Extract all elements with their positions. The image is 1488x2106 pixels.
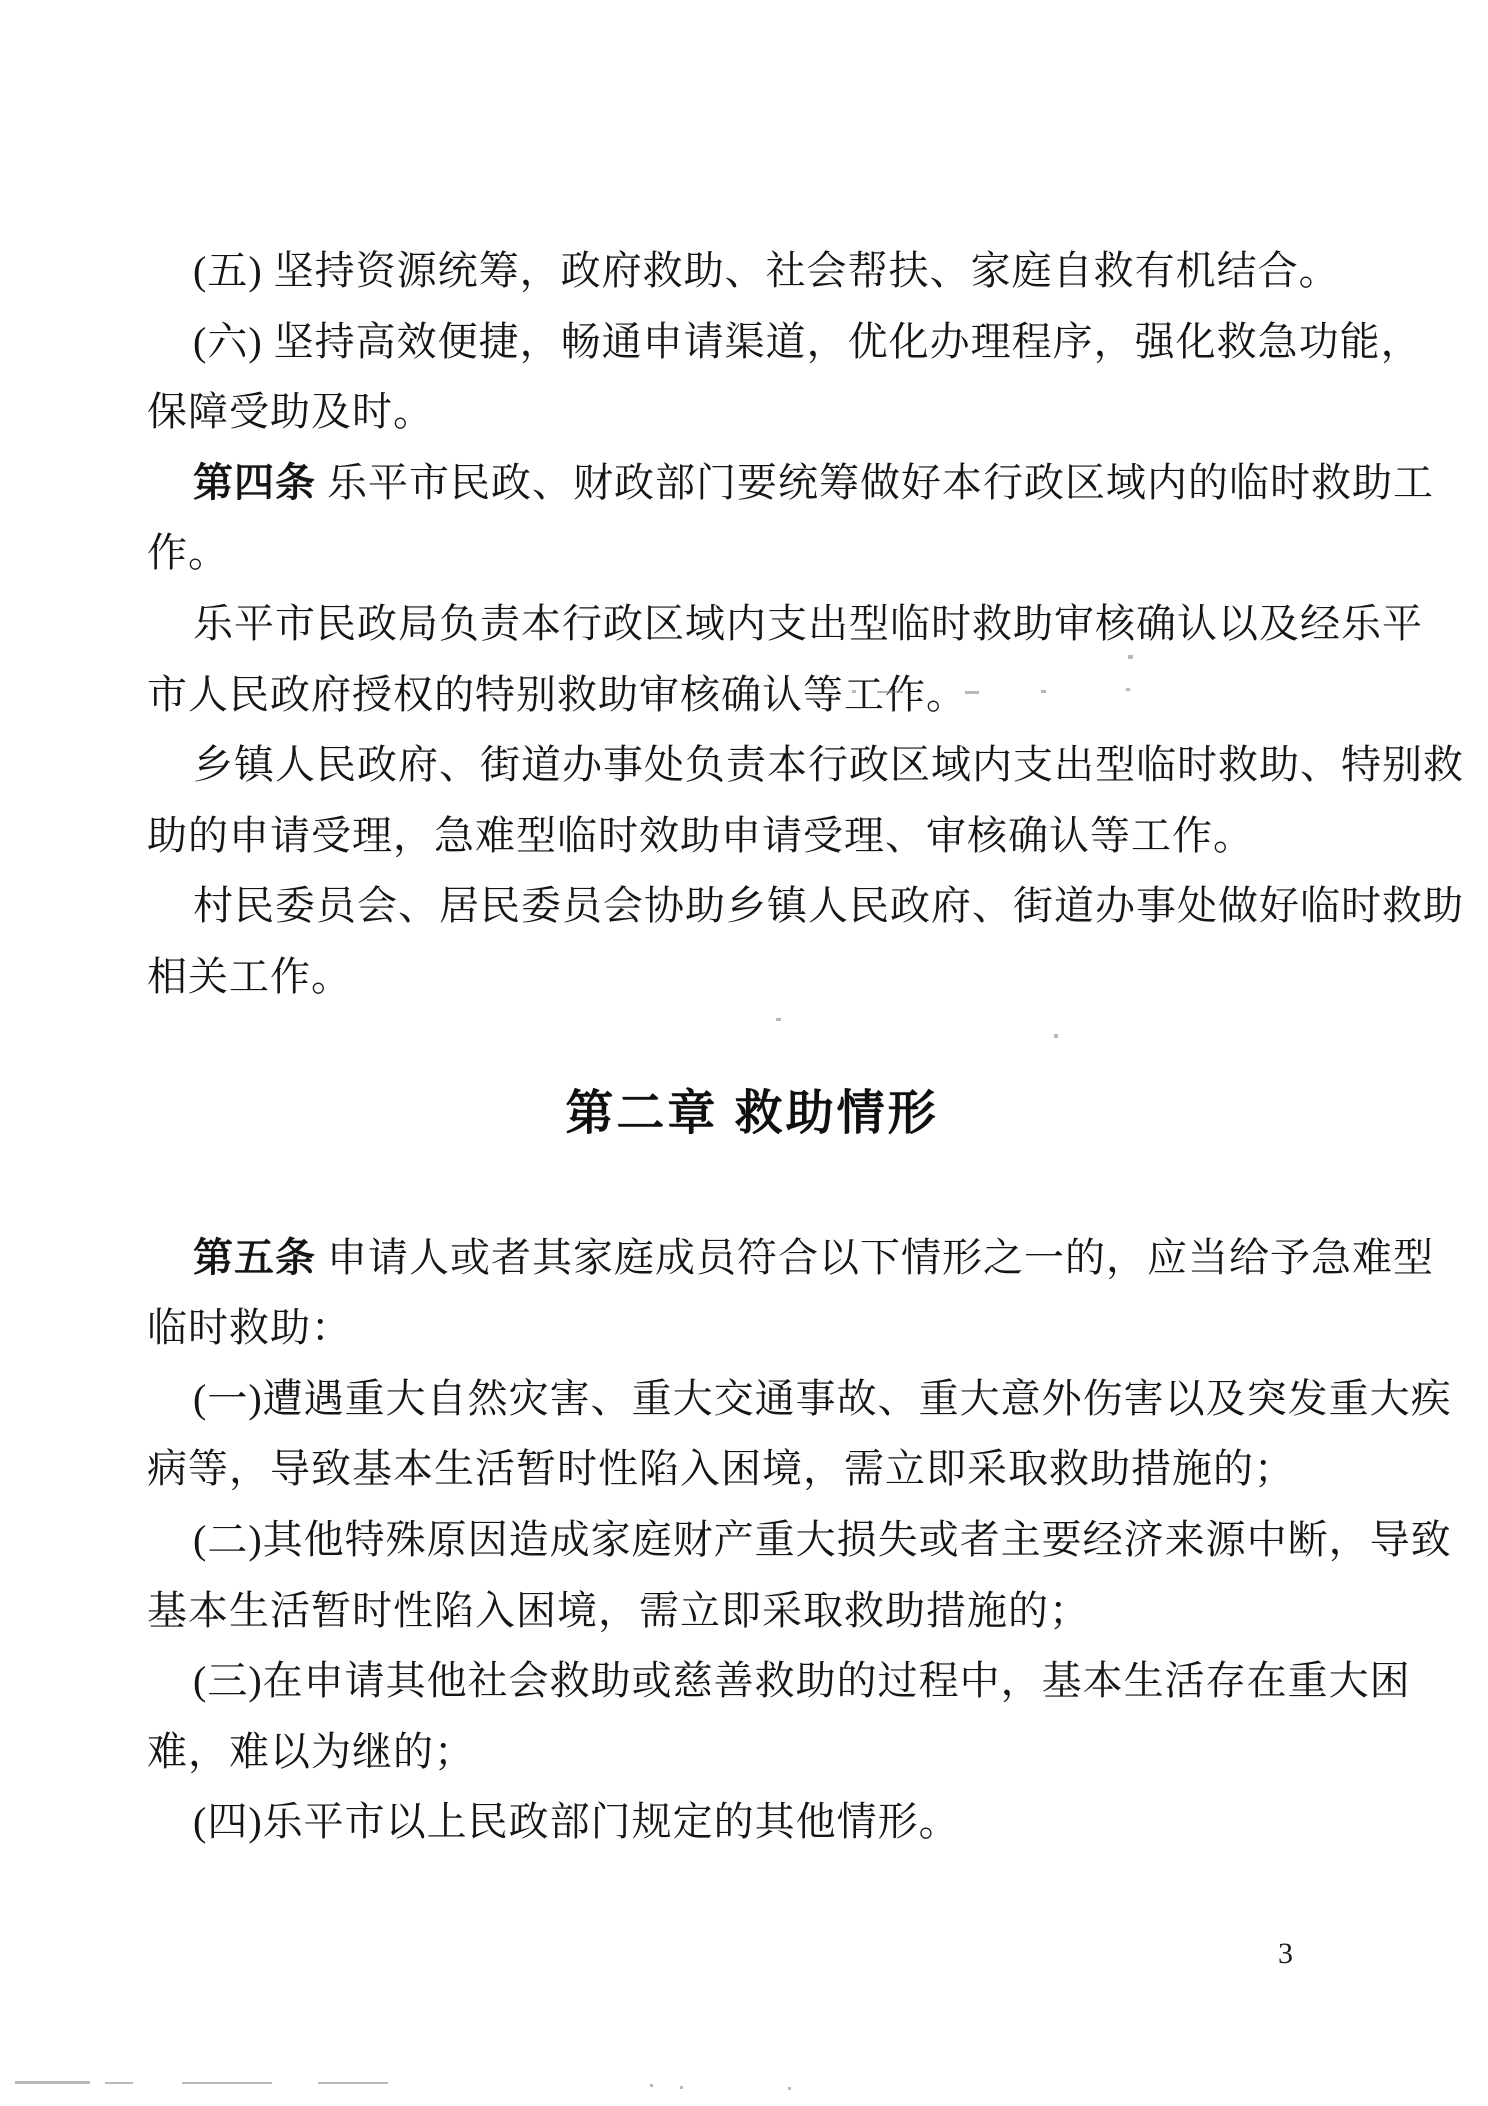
text-segment: 作。 [147, 530, 229, 575]
text-segment: 市人民政府授权的特别救助审核确认等工作。 [147, 672, 967, 717]
text-segment: (四)乐平市以上民政部门规定的其他情形。 [193, 1799, 960, 1844]
scan-speck [788, 2087, 791, 2090]
section-assistance-situations: 第五条 申请人或者其家庭成员符合以下情形之一的，应当给予急难型临时救助：(一)遭… [147, 1223, 1357, 1858]
section-general-provisions: (五) 坚持资源统筹，政府救助、社会帮扶、家庭自救有机结合。(六) 坚持高效便捷… [147, 236, 1357, 1013]
article-number-label: 第四条 [193, 461, 316, 505]
document-page: (五) 坚持资源统筹，政府救助、社会帮扶、家庭自救有机结合。(六) 坚持高效便捷… [0, 0, 1488, 2106]
scan-speck [182, 2082, 272, 2084]
scan-speck [1126, 688, 1130, 691]
text-segment: 村民委员会、居民委员会协助乡镇人民政府、街道办事处做好临时救助 [193, 883, 1464, 928]
text-line: 相关工作。 [147, 942, 1357, 1013]
text-line: (三)在申请其他社会救助或慈善救助的过程中，基本生活存在重大困 [147, 1646, 1357, 1717]
text-segment: 乐平市民政、财政部门要统筹做好本行政区域内的临时救助工 [316, 460, 1434, 505]
text-line: (六) 坚持高效便捷，畅通申请渠道，优化办理程序，强化救急功能， [147, 307, 1357, 378]
scan-speck [1041, 690, 1046, 693]
scan-speck [877, 691, 903, 693]
text-segment: (二)其他特殊原因造成家庭财产重大损失或者主要经济来源中断，导致 [193, 1517, 1452, 1562]
text-segment: (一)遭遇重大自然灾害、重大交通事故、重大意外伤害以及突发重大疾 [193, 1376, 1452, 1421]
text-line: 保障受助及时。 [147, 377, 1357, 448]
text-segment: 难，难以为继的； [147, 1729, 475, 1774]
text-line: 助的申请受理，急难型临时效助申请受理、审核确认等工作。 [147, 801, 1357, 872]
scan-speck [776, 1018, 781, 1021]
text-segment: 保障受助及时。 [147, 389, 434, 434]
text-line: 作。 [147, 518, 1357, 589]
page-number: 3 [1278, 1936, 1293, 1972]
text-line: 病等，导致基本生活暂时性陷入困境，需立即采取救助措施的； [147, 1434, 1357, 1505]
text-line: 乐平市民政局负责本行政区域内支出型临时救助审核确认以及经乐平 [147, 589, 1357, 660]
scan-speck [1054, 1034, 1058, 1038]
scan-speck [105, 2082, 133, 2084]
scan-speck [1128, 655, 1133, 659]
text-line: (一)遭遇重大自然灾害、重大交通事故、重大意外伤害以及突发重大疾 [147, 1364, 1357, 1435]
article-number-label: 第五条 [193, 1236, 316, 1280]
text-line: (五) 坚持资源统筹，政府救助、社会帮扶、家庭自救有机结合。 [147, 236, 1357, 307]
text-segment: 乡镇人民政府、街道办事处负责本行政区域内支出型临时救助、特别救 [193, 742, 1464, 787]
text-segment: (三)在申请其他社会救助或慈善救助的过程中，基本生活存在重大困 [193, 1658, 1411, 1703]
scan-speck [15, 2081, 90, 2084]
text-line: (二)其他特殊原因造成家庭财产重大损失或者主要经济来源中断，导致 [147, 1505, 1357, 1576]
text-line: 第四条 乐平市民政、财政部门要统筹做好本行政区域内的临时救助工 [147, 448, 1357, 519]
text-line: 市人民政府授权的特别救助审核确认等工作。 [147, 660, 1357, 731]
scan-speck [650, 2084, 653, 2087]
text-line: 临时救助： [147, 1293, 1357, 1364]
text-line: 第五条 申请人或者其家庭成员符合以下情形之一的，应当给予急难型 [147, 1223, 1357, 1294]
text-segment: 临时救助： [147, 1305, 352, 1350]
scan-speck [852, 690, 856, 693]
text-segment: 相关工作。 [147, 954, 352, 999]
scan-speck [680, 2086, 683, 2089]
text-segment: (六) 坚持高效便捷，畅通申请渠道，优化办理程序，强化救急功能， [193, 319, 1422, 364]
scan-speck [965, 691, 979, 694]
text-segment: 申请人或者其家庭成员符合以下情形之一的，应当给予急难型 [316, 1235, 1434, 1280]
text-line: 乡镇人民政府、街道办事处负责本行政区域内支出型临时救助、特别救 [147, 730, 1357, 801]
text-segment: 助的申请受理，急难型临时效助申请受理、审核确认等工作。 [147, 813, 1254, 858]
text-segment: 乐平市民政局负责本行政区域内支出型临时救助审核确认以及经乐平 [193, 601, 1423, 646]
text-segment: 基本生活暂时性陷入困境，需立即采取救助措施的； [147, 1588, 1090, 1633]
chapter-heading: 第二章 救助情形 [147, 1079, 1357, 1149]
document-body: (五) 坚持资源统筹，政府救助、社会帮扶、家庭自救有机结合。(六) 坚持高效便捷… [147, 236, 1357, 1858]
text-line: 村民委员会、居民委员会协助乡镇人民政府、街道办事处做好临时救助 [147, 871, 1357, 942]
text-segment: 病等，导致基本生活暂时性陷入困境，需立即采取救助措施的； [147, 1446, 1295, 1491]
text-segment: (五) 坚持资源统筹，政府救助、社会帮扶、家庭自救有机结合。 [193, 248, 1340, 293]
scan-speck [318, 2082, 388, 2084]
text-line: 基本生活暂时性陷入困境，需立即采取救助措施的； [147, 1576, 1357, 1647]
text-line: 难，难以为继的； [147, 1717, 1357, 1788]
text-line: (四)乐平市以上民政部门规定的其他情形。 [147, 1787, 1357, 1858]
